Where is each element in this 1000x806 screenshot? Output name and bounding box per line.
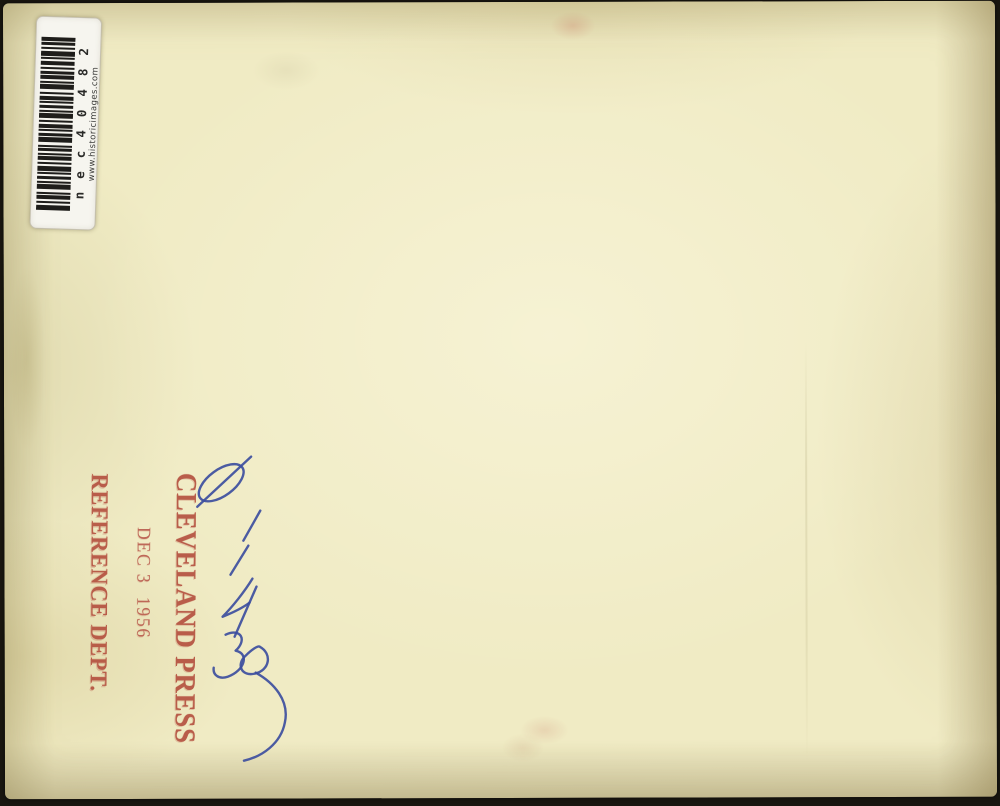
barcode-bar	[40, 84, 74, 90]
barcode-bar	[36, 195, 70, 200]
barcode-sticker: nec40482 www.historicimages.com	[29, 16, 102, 231]
stain-mark	[4, 243, 51, 473]
barcode-bar	[41, 42, 75, 46]
barcode-bar	[40, 75, 74, 80]
barcode-bar	[41, 67, 75, 70]
paper-crease	[805, 341, 808, 761]
barcode-bar	[41, 57, 75, 60]
barcode-bar	[41, 51, 75, 57]
handwritten-number: Ø11438	[189, 450, 310, 770]
handwriting-ink-icon	[189, 450, 310, 770]
barcode-bar	[37, 172, 71, 175]
barcode-bar	[39, 101, 73, 104]
barcode-icon	[36, 25, 76, 221]
barcode-bar	[37, 162, 71, 165]
barcode-bar	[41, 61, 75, 66]
barcode-bar	[38, 148, 72, 152]
barcode-bar	[38, 137, 72, 143]
barcode-bar	[36, 201, 70, 204]
barcode-bar	[37, 176, 71, 180]
stain-mark	[543, 7, 603, 45]
barcode-bar	[38, 156, 72, 161]
barcode-bar	[39, 105, 73, 109]
barcode-bar	[40, 92, 74, 95]
stamp-date-line: DEC 3 1956	[120, 473, 166, 694]
barcode-bar	[37, 166, 71, 172]
barcode-bar	[39, 120, 73, 123]
reference-stamp: CLEVELAND PRESS DEC 3 1956 REFERENCE DEP…	[55, 463, 206, 704]
photo-verso-paper: nec40482 www.historicimages.com CLEVELAN…	[3, 1, 997, 800]
barcode-bar	[39, 129, 73, 132]
barcode-bar	[41, 47, 75, 50]
barcode-bar	[36, 205, 70, 211]
scan-backdrop: nec40482 www.historicimages.com CLEVELAN…	[0, 0, 1000, 806]
stain-mark	[241, 44, 331, 96]
stamp-dept-line: REFERENCE DEPT.	[76, 472, 121, 693]
barcode-bar	[39, 113, 73, 119]
barcode-bar	[37, 184, 71, 190]
stain-mark	[493, 710, 579, 768]
